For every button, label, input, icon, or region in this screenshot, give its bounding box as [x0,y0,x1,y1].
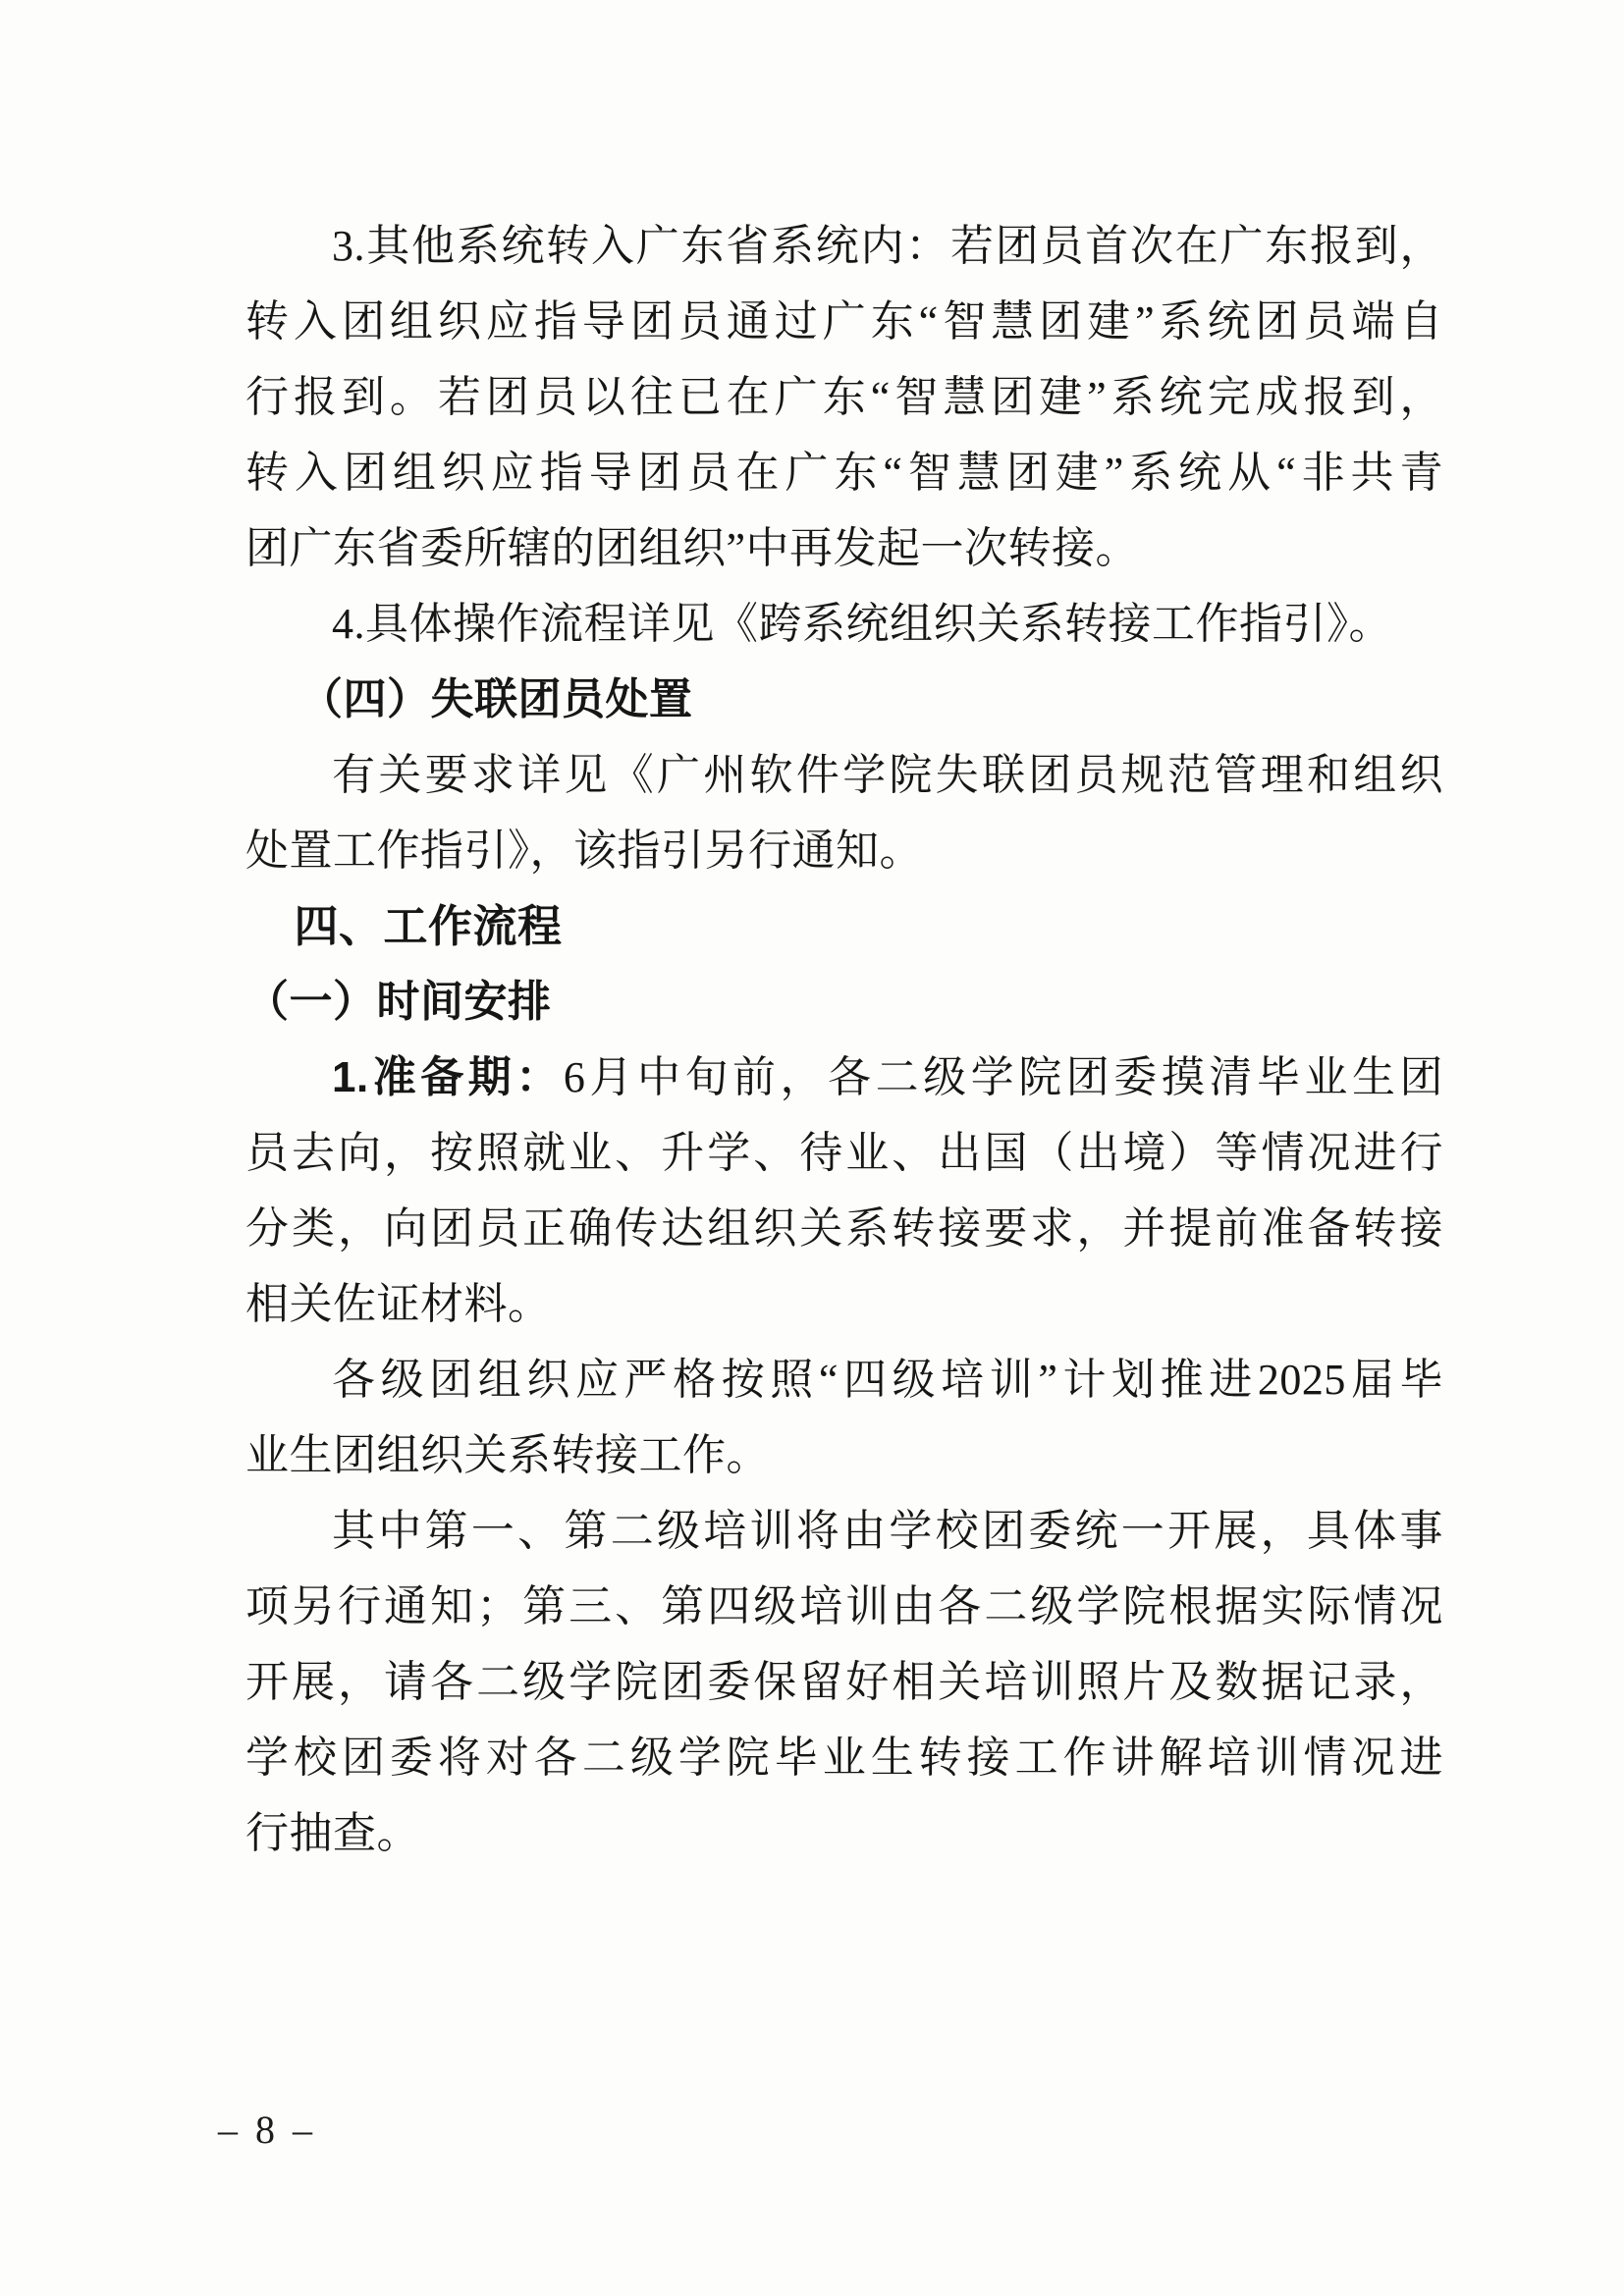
text-line: 分类，向团员正确传达组织关系转接要求，并提前准备转接 [245,1191,1443,1266]
text-line: 各级团组织应严格按照“四级培训”计划推进2025届毕 [245,1342,1443,1417]
text-line: 员去向，按照就业、升学、待业、出国（出境）等情况进行 [245,1115,1443,1191]
text-line: 1.准备期：6月中旬前，各二级学院团委摸清毕业生团 [245,1040,1443,1115]
text-line: 转入团组织应指导团员通过广东“智慧团建”系统团员端自 [245,284,1443,359]
text-line: 其中第一、第二级培训将由学校团委统一开展，具体事 [245,1493,1443,1569]
page-number: – 8 – [218,2101,316,2160]
text-line: 行报到。若团员以往已在广东“智慧团建”系统完成报到， [245,359,1443,435]
text-line: 处置工作指引》，该指引另行通知。 [245,813,1443,888]
document-body: 3.其他系统转入广东省系统内：若团员首次在广东报到， 转入团组织应指导团员通过广… [245,208,1443,1871]
text-line: 4.具体操作流程详见《跨系统组织关系转接工作指引》。 [245,586,1443,662]
text-line: 相关佐证材料。 [245,1266,1443,1342]
section-heading: 四、工作流程 [245,888,1443,964]
text-line: 有关要求详见《广州软件学院失联团员规范管理和组织 [245,737,1443,813]
text-line: 行抽查。 [245,1795,1443,1871]
text-line: 开展，请各二级学院团委保留好相关培训照片及数据记录， [245,1644,1443,1720]
text-line: 团广东省委所辖的团组织”中再发起一次转接。 [245,510,1443,586]
text-line: 3.其他系统转入广东省系统内：若团员首次在广东报到， [245,208,1443,284]
subsection-heading: （四）失联团员处置 [245,662,1443,737]
paragraph-lead-bold: 1.准备期： [332,1053,564,1101]
subsection-heading: （一）时间安排 [245,964,1443,1040]
text-line: 转入团组织应指导团员在广东“智慧团建”系统从“非共青 [245,435,1443,510]
text-line: 项另行通知；第三、第四级培训由各二级学院根据实际情况 [245,1569,1443,1644]
text-line: 学校团委将对各二级学院毕业生转接工作讲解培训情况进 [245,1720,1443,1795]
document-page: 3.其他系统转入广东省系统内：若团员首次在广东报到， 转入团组织应指导团员通过广… [0,0,1624,2296]
text-run: 6月中旬前，各二级学院团委摸清毕业生团 [564,1053,1443,1101]
text-line: 业生团组织关系转接工作。 [245,1417,1443,1493]
